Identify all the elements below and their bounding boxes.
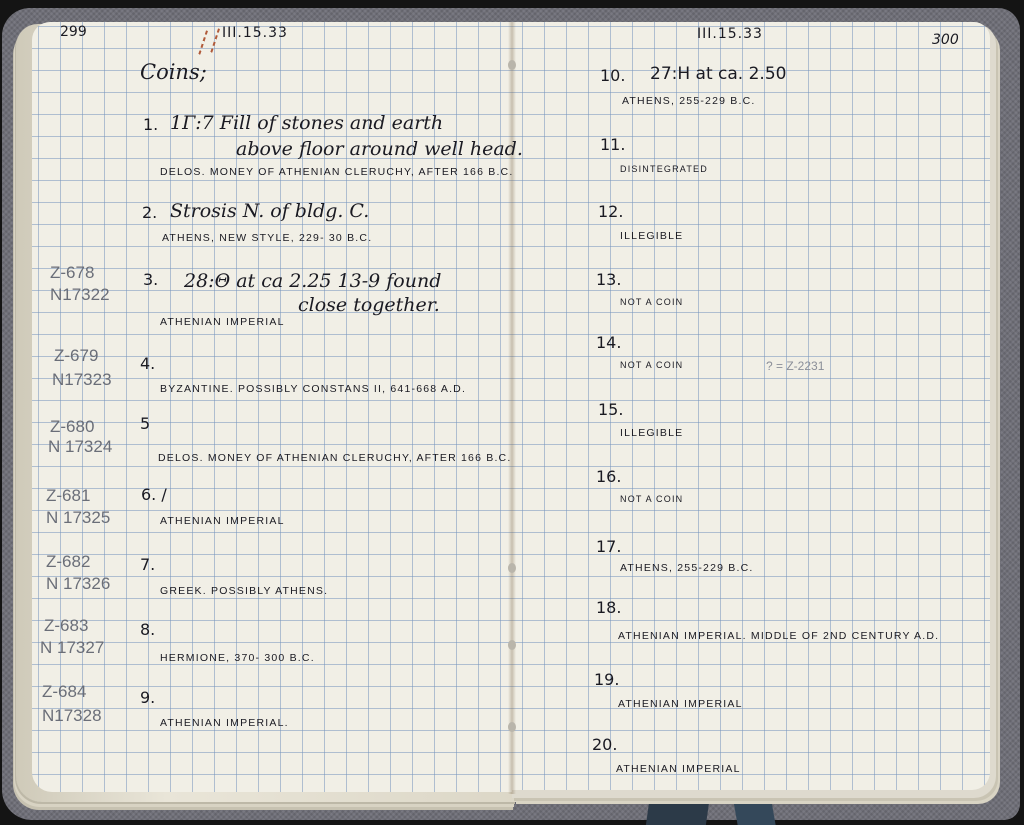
binding-stitch <box>508 640 516 650</box>
right-page <box>512 22 990 790</box>
entry-number: 12. <box>598 202 623 221</box>
entry-identification: Delos. Money of Athenian Cleruchy, after… <box>158 452 511 464</box>
date-right: III.15.33 <box>697 26 763 42</box>
entry-context: above floor around well head. <box>236 138 523 160</box>
entry-identification: Byzantine. Possibly Constans II, 641-668… <box>160 383 466 395</box>
catalog-z-number: Z-680 <box>50 417 94 437</box>
entry-context: close together. <box>298 294 440 316</box>
catalog-n-number: N 17324 <box>48 437 112 457</box>
entry-identification: Athenian Imperial. <box>160 717 289 729</box>
entry-identification: Disintegrated <box>620 164 708 174</box>
cross-reference-note: ? = Z-2231 <box>766 356 824 376</box>
entry-number: 8. <box>140 620 155 639</box>
entry-number: 19. <box>594 670 619 689</box>
entry-number: 7. <box>140 555 155 574</box>
entry-number: 20. <box>592 735 617 754</box>
catalog-n-number: N17322 <box>50 285 110 305</box>
entry-number: 17. <box>596 537 621 556</box>
entry-context: 1Γ:7 Fill of stones and earth <box>170 112 443 134</box>
entry-identification: Athenian Imperial <box>160 316 285 328</box>
catalog-z-number: Z-683 <box>44 616 88 636</box>
entry-identification: Athenian Imperial <box>616 763 741 775</box>
entry-number: 13. <box>596 270 621 289</box>
entry-number: 15. <box>598 400 623 419</box>
entry-identification: Illegible <box>620 230 683 242</box>
section-heading: Coins; <box>140 60 207 84</box>
entry-identification: Athens, 255-229 B.C. <box>620 562 754 574</box>
entry-identification: Not a coin <box>620 494 683 504</box>
binding-stitch <box>508 722 516 732</box>
catalog-z-number: Z-684 <box>42 682 86 702</box>
entry-identification: Athens, 255-229 B.C. <box>622 95 756 107</box>
bookmark-ribbon <box>732 795 775 825</box>
entry-number: 9. <box>140 688 155 707</box>
binding-stitch <box>508 563 516 573</box>
entry-number: 2. <box>142 203 157 222</box>
entry-identification: Athens, New Style, 229- 30 B.C. <box>162 232 372 244</box>
catalog-z-number: Z-682 <box>46 552 90 572</box>
entry-identification: Hermione, 370- 300 B.C. <box>160 652 315 664</box>
catalog-z-number: Z-678 <box>50 263 94 283</box>
binding-stitch <box>508 60 516 70</box>
entry-context: 28:Θ at ca 2.25 13-9 found <box>184 270 441 292</box>
entry-identification: Athenian Imperial <box>618 698 743 710</box>
entry-identification: Illegible <box>620 427 683 439</box>
page-number-right: 300 <box>932 32 959 48</box>
date-left: III.15.33 <box>222 25 288 41</box>
entry-identification: Athenian Imperial. Middle of 2nd Century… <box>618 630 939 642</box>
catalog-z-number: Z-681 <box>46 486 90 506</box>
entry-identification: Greek. Possibly Athens. <box>160 585 328 597</box>
entry-identification: Not a coin <box>620 360 683 370</box>
entry-number: 3. <box>143 270 158 289</box>
catalog-n-number: N 17327 <box>40 638 104 658</box>
entry-identification: Not a coin <box>620 297 683 307</box>
entry-context: Strosis N. of bldg. C. <box>170 200 369 222</box>
entry-number: 10. <box>600 66 625 85</box>
catalog-n-number: N 17325 <box>46 508 110 528</box>
entry-identification: Delos. Money of Athenian Cleruchy, after… <box>160 166 513 178</box>
page-number-left: 299 <box>60 24 87 40</box>
bookmark-ribbon <box>646 795 710 825</box>
catalog-z-number: Z-679 <box>54 346 98 366</box>
entry-number: 14. <box>596 333 621 352</box>
entry-number: 11. <box>600 135 625 154</box>
catalog-n-number: N17328 <box>42 706 102 726</box>
entry-number: 5 <box>140 414 150 433</box>
entry-context: 27:H at ca. 2.50 <box>650 64 786 84</box>
entry-number: 1. <box>143 115 158 134</box>
entry-identification: Athenian Imperial <box>160 515 285 527</box>
entry-number: 16. <box>596 467 621 486</box>
catalog-n-number: N 17326 <box>46 574 110 594</box>
catalog-n-number: N17323 <box>52 370 112 390</box>
entry-number: 18. <box>596 598 621 617</box>
entry-number: 4. <box>140 354 155 373</box>
entry-number: 6. / <box>141 485 167 504</box>
